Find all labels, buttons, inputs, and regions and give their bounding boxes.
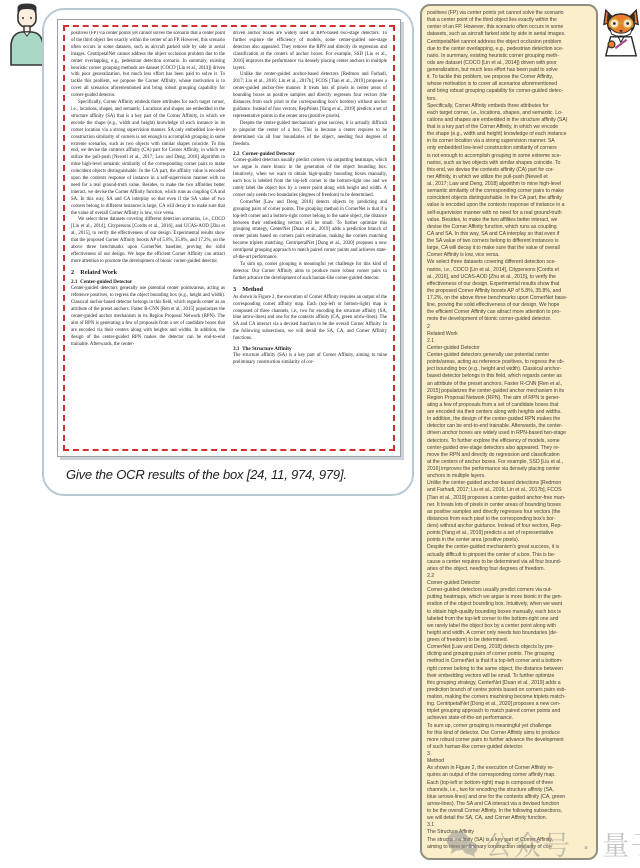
ocr-line: In addition, the design of the center-gu…: [427, 416, 593, 423]
ocr-line: channels, i.e., two for encoding the str…: [427, 787, 593, 794]
ocr-line: datasets, such as aircraft farked side b…: [427, 31, 593, 38]
ocr-line: Corner-guided detectors usually predict …: [427, 587, 593, 594]
ocr-line: 3: [427, 751, 593, 758]
ocr-line: in its corner location via a strong supe…: [427, 138, 593, 145]
ocr-line: Center-guided detectors generally use po…: [427, 352, 593, 359]
ocr-line: ner. It treats lots of pixels in center …: [427, 502, 593, 509]
ocr-line: CA and SA. In this way, SA and CA interp…: [427, 231, 593, 238]
ocr-line: center-guided one-stage detectors also a…: [427, 445, 593, 452]
ocr-line: blue arrows-lines) and one for the conte…: [427, 794, 593, 801]
ocr-line: it. To tackle this problem, we propose t…: [427, 74, 593, 81]
ocr-line: actually difficult to pinpoint the cente…: [427, 552, 593, 559]
ocr-line: the SA value of two corners belong to di…: [427, 238, 593, 245]
ocr-line: Method: [427, 758, 593, 765]
paper-paragraph: Despite the center-guided mechanism's gr…: [233, 121, 387, 149]
ocr-line: prediction branch of centre points based…: [427, 687, 593, 694]
paper-heading: 2 Related Work: [71, 269, 225, 277]
ocr-line: narios, such as two objects with similar…: [427, 160, 593, 167]
ocr-line: of such human-like corner-guided detecto…: [427, 744, 593, 751]
ocr-line: an attribute of the preset anchors. Fast…: [427, 381, 593, 388]
ocr-line: 2015] popularizes the center-guided anch…: [427, 388, 593, 395]
screenshot-root: positives (FP) via center points yet can…: [0, 0, 640, 868]
ocr-line: Center-guided Detector: [427, 345, 593, 352]
ocr-line: al., 2016], and UCAS-AOD [Zhu et al., 20…: [427, 274, 593, 281]
ocr-line: generalization, but much less effort has…: [427, 67, 593, 74]
paper-paragraph: We select three datasets covering differ…: [71, 217, 225, 265]
paper-paragraph: Center-guided detectors generally use po…: [71, 286, 225, 348]
wechat-icon: [446, 830, 478, 858]
ocr-line: value is encoded upon the contexts respo…: [427, 202, 593, 209]
ocr-line: for this kind of detector. Our Corner Af…: [427, 730, 593, 737]
ocr-line: that a center point of the third object …: [427, 17, 593, 24]
ocr-line: the shape (e.g., width and height) knowl…: [427, 131, 593, 138]
ocr-line: nario. In summary, existing heuristic co…: [427, 53, 593, 60]
ocr-line: Each (top-left or bottom-right) map is c…: [427, 780, 593, 787]
ocr-line: al., 2017; Law and Deng, 2018] algorithm…: [427, 181, 593, 188]
ocr-line: positives (FP) via center points yet can…: [427, 10, 593, 17]
paper-paragraph: The structure affinity (SA) is a key par…: [233, 353, 387, 367]
ocr-line: large, CA will decay it to make sure tha…: [427, 245, 593, 252]
ocr-line: achieves state-of-the-art performance.: [427, 715, 593, 722]
paper-paragraph: As shown in Figure 2, the execution of C…: [233, 295, 387, 343]
ocr-line: anchors in multiple layers.: [427, 473, 593, 480]
ocr-line: To sum up, corner grouping is meaningful…: [427, 723, 593, 730]
ocr-line: right corner belong to the same object, …: [427, 666, 593, 673]
watermark-label: 公众号 · 量子位: [485, 824, 640, 863]
ocr-line: putting heatmaps, which we argue is more…: [427, 594, 593, 601]
paper-paragraph: To sum up, corner grouping is meaningful…: [233, 262, 387, 283]
ocr-line: this grouping strategy, CenterNet [Duan …: [427, 680, 593, 687]
ocr-line: ods are dataset (COCO [Lin et al., 2014]…: [427, 60, 593, 67]
ocr-line: effectiveness of our design. Experimenta…: [427, 281, 593, 288]
ocr-line: are encoded via their centers along with…: [427, 409, 593, 416]
ocr-line: dicting and grouping pairs of corner poi…: [427, 651, 593, 658]
ocr-line: We select three datasets covering differ…: [427, 259, 593, 266]
ocr-line: the proposed Corner Affinity boosts AP o…: [427, 288, 593, 295]
ocr-target-box: positives (FP) via center points yet can…: [63, 25, 395, 451]
ocr-line: distances from each pixel to the corresp…: [427, 516, 593, 523]
paper-heading: 3 Method: [233, 286, 387, 294]
ocr-line: to obtain high-quality bounding boxes ma…: [427, 609, 593, 616]
ocr-line: method in CornerNet is that if a top-lef…: [427, 658, 593, 665]
ocr-line: grees of freedom) to be determined.: [427, 637, 593, 644]
ocr-line: Related Work: [427, 331, 593, 338]
paper-page: positives (FP) via center points yet can…: [57, 19, 401, 457]
ocr-line: cations and shapes are embedded in the s…: [427, 117, 593, 124]
ocr-line: value. Besides, to make the two affilite…: [427, 217, 593, 224]
ocr-line: we rarely label the object box by a cent…: [427, 623, 593, 630]
ocr-line: due to the center overlapping, e.g., ped…: [427, 46, 593, 53]
ocr-line: based detector belongs in this field, wh…: [427, 373, 593, 380]
ocr-line: ating a few of proposals from a set of c…: [427, 402, 593, 409]
ocr-line: mote the development of bionic corner-gu…: [427, 316, 593, 323]
paper-column-right: driven anchor boxes are widely used in R…: [233, 31, 387, 445]
ocr-line: center of an FP. However, this scenario …: [427, 24, 593, 31]
ocr-line: coincident objects distinguishable. In t…: [427, 195, 593, 202]
ocr-line: is not enough to accomplish grouping in …: [427, 153, 593, 160]
ocr-line: driven anchor boxes are widely used in R…: [427, 430, 593, 437]
ocr-line: each target corner, i.e., locations, sha…: [427, 110, 593, 117]
ocr-line: 17.2%, on the above three benchmarks upo…: [427, 295, 593, 302]
ocr-line: height and width. A corner only needs tw…: [427, 630, 593, 637]
ocr-line: Corner-guided Detector: [427, 580, 593, 587]
ocr-line: and bring robust grouping capability for…: [427, 88, 593, 95]
ocr-line: that is a key part of the Corner Affinit…: [427, 124, 593, 131]
ocr-line: 2016] improves the performance via dense…: [427, 466, 593, 473]
ocr-line: Region Proposal Network (RPN). The aim o…: [427, 395, 593, 402]
ocr-line: Despite the center-guided mechanism's gr…: [427, 544, 593, 551]
ocr-line: [Tian et al., 2019] proposes a center-gu…: [427, 495, 593, 502]
ocr-line: to be the overall Corner Affinity. In th…: [427, 808, 593, 815]
ocr-line: points/areas, acting as reference positi…: [427, 359, 593, 366]
ocr-line: self-supervision manner with no need for…: [427, 210, 593, 217]
ocr-line: whose motivation is to cover all scenari…: [427, 81, 593, 88]
ocr-line: Corner Affinity is low, vice versa.: [427, 252, 593, 259]
ocr-line: detectors. To further explore the effici…: [427, 438, 593, 445]
ocr-line: line, proving the solid effectiveness of…: [427, 302, 593, 309]
ocr-line: arrow-lines). The SA and CA interact via…: [427, 801, 593, 808]
paper-heading: 3.1 The Structure Affinity: [233, 346, 387, 353]
ocr-line: quires an output of the corresponding co…: [427, 772, 593, 779]
user-message-card: positives (FP) via center points yet can…: [42, 8, 414, 496]
ocr-line: ing. CentripetalNet [Dong et al., 2020] …: [427, 701, 593, 708]
ocr-line: aries of the object, needing four degree…: [427, 566, 593, 573]
ocr-line: their embedding vectors will be small. T…: [427, 673, 593, 680]
paper-paragraph: Corner-guided detectors usually predict …: [233, 158, 387, 199]
ocr-line: this end, we devise the contexts affinit…: [427, 167, 593, 174]
ocr-line: CornerNet [Law and Deng, 2018] detects o…: [427, 644, 593, 651]
ocr-line: the efficient Corner Affinity can attrac…: [427, 309, 593, 316]
ocr-line: as positive samples and directly regress…: [427, 509, 593, 516]
ocr-line: ject bounding box (e.g., height and widt…: [427, 366, 593, 373]
paper-heading: 2.1 Center-guided Detector: [71, 279, 225, 286]
ocr-line: we will detail the SA, CA, and Corner Af…: [427, 815, 593, 822]
ocr-line: at the centers of anchor boxes. For exam…: [427, 459, 593, 466]
ocr-line: tors.: [427, 96, 593, 103]
ocr-line: labeled from the top-left corner to the …: [427, 616, 593, 623]
paper-paragraph: Specifically, Corner Affinity embeds thr…: [71, 100, 225, 217]
watermark: 公众号 · 量子位: [446, 824, 640, 863]
ocr-line: ner Affinity, in which we utilize the pu…: [427, 174, 593, 181]
ocr-line: detector can be end-to-end trainable. Af…: [427, 423, 593, 430]
paper-paragraph: positives (FP) via center points yet can…: [71, 31, 225, 100]
ocr-line: 2.2: [427, 573, 593, 580]
ocr-line: points in the center area (positive pixe…: [427, 537, 593, 544]
ocr-line: CentripetalNet cannot address the object…: [427, 39, 593, 46]
ocr-line: devise the Corner Affinity function, whi…: [427, 224, 593, 231]
ocr-line: 2: [427, 324, 593, 331]
ocr-line: cause a center requires to be determined…: [427, 559, 593, 566]
ocr-line: semantic similarity of the corresponding…: [427, 188, 593, 195]
paper-two-columns: positives (FP) via center points yet can…: [71, 31, 387, 445]
paper-column-left: positives (FP) via center points yet can…: [71, 31, 225, 445]
ocr-line: eration of the object bounding box. Intu…: [427, 601, 593, 608]
ocr-line: ders) without anchor guidance. Instead o…: [427, 523, 593, 530]
ocr-line: points [Yang et al., 2019] predicts a se…: [427, 530, 593, 537]
ocr-line: Specifically, Corner Affinity embeds thr…: [427, 103, 593, 110]
ocr-result-text: positives (FP) via center points yet can…: [427, 10, 593, 855]
ocr-line: mation, making the corners machining bec…: [427, 694, 593, 701]
ocr-line: narios, i.e., COCO [Lin et al., 2014], C…: [427, 267, 593, 274]
ocr-line: move the RPN and directly do regression …: [427, 452, 593, 459]
ocr-line: and Farhadi, 2017; Liu et al., 2016; Lin…: [427, 487, 593, 494]
ocr-line: triplet grouping approach to match paire…: [427, 708, 593, 715]
paper-heading: 2.2 Corner-guided Detector: [233, 151, 387, 158]
ocr-line: As shown in Figure 2, the execution of C…: [427, 765, 593, 772]
ocr-line: 2.1: [427, 338, 593, 345]
fox-mascot-icon: [602, 8, 640, 58]
paper-paragraph: CornerNet [Law and Deng, 2018] detects o…: [233, 200, 387, 262]
ocr-line: only embedded low-level construction sim…: [427, 145, 593, 152]
prompt-caption: Give the OCR results of the box [24, 11,…: [66, 467, 402, 482]
paper-paragraph: Unlike the center-guided anchor-based de…: [233, 72, 387, 120]
ocr-result-panel: positives (FP) via center points yet can…: [420, 4, 598, 860]
ocr-line: more robust corner pairs to further adva…: [427, 737, 593, 744]
ocr-line: Unlike the center-guided anchor-based de…: [427, 480, 593, 487]
paper-paragraph: driven anchor boxes are widely used in R…: [233, 31, 387, 72]
